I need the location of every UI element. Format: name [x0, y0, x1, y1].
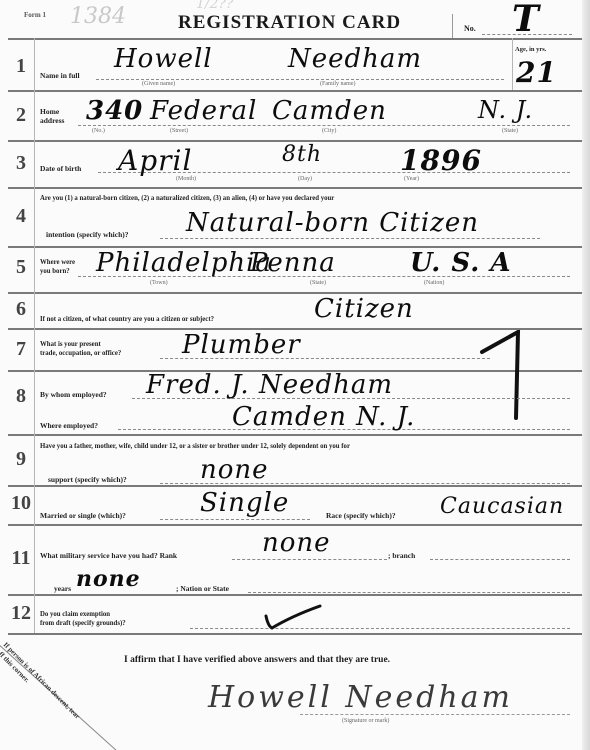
card-number: T [512, 0, 540, 40]
nation-or-state-label: ; Nation or State [176, 584, 229, 593]
employer-label: By whom employed? [40, 390, 107, 399]
family-name-caption: (Family name) [320, 81, 356, 87]
stamp-number-2: 1/2?? [196, 0, 234, 12]
row-number: 12 [10, 602, 32, 625]
race-label: Race (specify which)? [326, 511, 396, 520]
card-edge [582, 0, 590, 750]
exemption-label-line1: Do you claim exemption [40, 610, 126, 619]
employer-location-label: Where employed? [40, 421, 98, 430]
employer-location-value: Camden N. J. [232, 402, 415, 432]
row-number: 4 [10, 205, 32, 228]
row-number: 6 [10, 298, 32, 321]
marital-status-value: Single [200, 488, 289, 518]
row-divider [8, 633, 590, 635]
nation-or-state-line [248, 592, 570, 593]
family-name-value: Needham [288, 44, 422, 74]
dob-label: Date of birth [40, 164, 81, 173]
house-number-value: 340 [86, 96, 143, 126]
birthplace-label-line2: you born? [40, 267, 75, 276]
number-column-divider [34, 38, 35, 633]
dependents-question: Have you a father, mother, wife, child u… [40, 442, 585, 451]
header-divider [452, 14, 453, 38]
row-divider [8, 594, 590, 596]
citizenship-label: intention (specify which)? [46, 230, 129, 239]
row-divider [8, 292, 590, 294]
caption-year: (Year) [404, 176, 419, 182]
age-value: 21 [516, 56, 557, 89]
dependents-label: support (specify which)? [48, 475, 127, 484]
race-value: Caucasian [440, 494, 564, 519]
row-number: 11 [10, 547, 32, 570]
name-label: Name in full [40, 71, 80, 80]
occupation-value: Plumber [182, 330, 301, 360]
signature: Howell Needham [208, 680, 513, 715]
foreign-citizen-label: If not a citizen, of what country are yo… [40, 315, 214, 324]
signature-line [300, 714, 570, 715]
home-label-line1: Home [40, 107, 64, 116]
occupation-label-line1: What is your present [40, 340, 121, 349]
caption-city: (City) [322, 128, 336, 134]
age-label: Age, in yrs. [515, 45, 546, 54]
state-value: N. J. [478, 96, 533, 124]
birth-month-value: April [118, 144, 192, 177]
stamp-number: 1384 [70, 4, 126, 29]
row-number: 3 [10, 152, 32, 175]
caption-birth-state: (State) [310, 280, 326, 286]
form-label: Form 1 [24, 11, 46, 19]
occupation-label-line2: trade, occupation, or office? [40, 349, 121, 358]
caption-state: (State) [502, 128, 518, 134]
row-divider [8, 524, 590, 526]
street-value: Federal [150, 96, 257, 126]
caption-town: (Town) [150, 280, 168, 286]
caption-month: (Month) [176, 176, 196, 182]
citizenship-line [160, 238, 540, 239]
card-title: REGISTRATION CARD [178, 12, 401, 34]
city-value: Camden [272, 96, 387, 126]
dependents-value: none [200, 455, 269, 485]
rank-value: none [262, 528, 331, 558]
registration-card: Form 1 1384 1/2?? REGISTRATION CARD No. … [0, 0, 590, 750]
age-column-divider [512, 38, 513, 90]
row-divider [8, 38, 590, 40]
caption-day: (Day) [298, 176, 312, 182]
row-number: 10 [10, 492, 32, 515]
no-label: No. [464, 24, 476, 33]
birth-state-value: Penna [250, 248, 336, 278]
years-value: none [76, 566, 141, 592]
citizenship-question: Are you (1) a natural-born citizen, (2) … [40, 194, 585, 203]
caption-no: (No.) [92, 128, 105, 134]
employer-value: Fred. J. Needham [146, 370, 393, 400]
given-name-value: Howell [114, 44, 213, 74]
row-number: 7 [10, 338, 32, 361]
exemption-line [190, 628, 570, 629]
birthplace-label-line1: Where were [40, 258, 75, 267]
name-line [96, 79, 504, 80]
row-divider [8, 187, 590, 189]
row-number: 1 [10, 55, 32, 78]
birth-nation-value: U. S. A [410, 248, 512, 278]
home-address-label: Home address [40, 107, 64, 125]
exemption-check-icon [262, 604, 324, 632]
birth-year-value: 1896 [400, 144, 482, 177]
row-divider [8, 90, 590, 92]
occupation-label: What is your present trade, occupation, … [40, 340, 121, 358]
row-number: 2 [10, 104, 32, 127]
corner-note: If person is of African descent, tear of… [0, 640, 86, 732]
rank-line [232, 559, 387, 560]
caption-street: (Street) [170, 128, 188, 134]
row-number: 8 [10, 385, 32, 408]
caption-nation: (Nation) [424, 280, 444, 286]
exemption-label: Do you claim exemption from draft (speci… [40, 610, 126, 628]
row-divider [8, 434, 590, 436]
marital-status-line [160, 519, 310, 520]
row-number: 5 [10, 256, 32, 279]
margin-check-mark [478, 330, 528, 420]
branch-label: ; branch [388, 551, 415, 560]
home-label-line2: address [40, 116, 64, 125]
military-service-label: What military service have you had? Rank [40, 551, 177, 560]
row-divider [8, 485, 590, 487]
birth-town-value: Philadelphia [96, 248, 272, 278]
birthplace-label: Where were you born? [40, 258, 75, 276]
given-name-caption: (Given name) [142, 81, 175, 87]
citizenship-value: Natural-born Citizen [186, 208, 479, 238]
signature-caption: (Signature or mark) [342, 718, 389, 724]
affirmation-text: I affirm that I have verified above answ… [124, 655, 390, 665]
marital-status-label: Married or single (which)? [40, 511, 126, 520]
row-number: 9 [10, 448, 32, 471]
exemption-label-line2: from draft (specify grounds)? [40, 619, 126, 628]
branch-line [430, 559, 570, 560]
years-label: years [54, 584, 71, 593]
foreign-citizen-value: Citizen [314, 294, 414, 324]
birth-day-value: 8th [282, 142, 322, 167]
